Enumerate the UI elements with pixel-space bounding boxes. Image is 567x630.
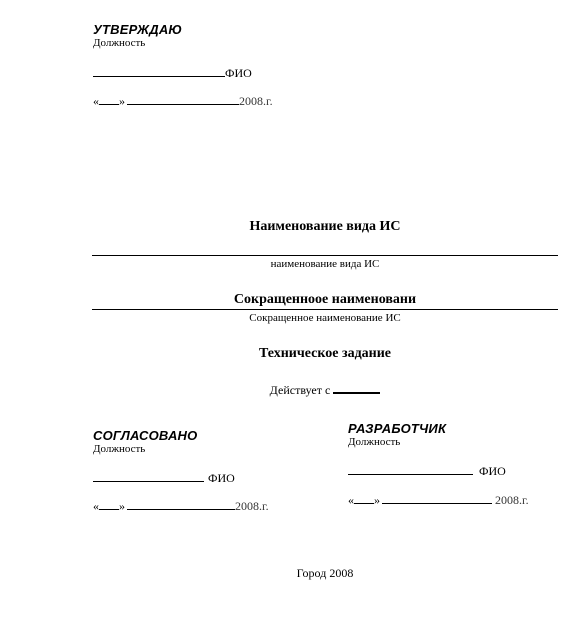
- approve-year: 2008.г.: [239, 94, 273, 108]
- developer-title: РАЗРАБОТЧИК: [348, 421, 446, 436]
- day-blank[interactable]: [99, 93, 119, 105]
- document-title: Техническое задание: [92, 346, 558, 362]
- day-blank[interactable]: [354, 492, 374, 504]
- developer-position: Должность: [348, 436, 400, 448]
- month-blank[interactable]: [127, 498, 235, 510]
- short-name-value: Сокращенноое наименовани: [92, 292, 558, 308]
- developer-year: 2008.г.: [495, 493, 529, 507]
- quote-close: »: [374, 493, 380, 507]
- developer-signature-line: ФИО: [348, 463, 506, 479]
- system-type-caption: наименование вида ИС: [92, 258, 558, 270]
- agreed-title: СОГЛАСОВАНО: [93, 428, 197, 443]
- system-type-value: Наименование вида ИС: [92, 219, 558, 235]
- system-type-underline: [92, 255, 558, 256]
- short-name-underline: [92, 309, 558, 310]
- signature-blank[interactable]: [93, 65, 225, 77]
- valid-from-line: Действует с: [92, 381, 558, 398]
- valid-from-blank[interactable]: [333, 381, 380, 394]
- developer-fio: ФИО: [479, 464, 506, 478]
- approve-position: Должность: [93, 37, 145, 49]
- quote-close: »: [119, 94, 125, 108]
- city-year: Город 2008: [92, 566, 558, 581]
- agreed-year: 2008.г.: [235, 499, 269, 513]
- approve-fio: ФИО: [225, 66, 252, 80]
- approve-title: УТВЕРЖДАЮ: [93, 22, 182, 37]
- month-blank[interactable]: [127, 93, 239, 105]
- day-blank[interactable]: [99, 498, 119, 510]
- developer-date-line: «»2008.г.: [348, 492, 529, 508]
- agreed-fio: ФИО: [208, 471, 235, 485]
- agreed-signature-line: ФИО: [93, 470, 235, 486]
- signature-blank[interactable]: [348, 463, 473, 475]
- month-blank[interactable]: [382, 492, 492, 504]
- approve-date-line: «»2008.г.: [93, 93, 273, 109]
- short-name-caption: Сокращенное наименование ИС: [92, 312, 558, 324]
- approve-signature-line: ФИО: [93, 65, 252, 81]
- quote-close: »: [119, 499, 125, 513]
- valid-from-label: Действует с: [270, 383, 331, 397]
- agreed-date-line: «»2008.г.: [93, 498, 269, 514]
- agreed-position: Должность: [93, 443, 145, 455]
- signature-blank[interactable]: [93, 470, 204, 482]
